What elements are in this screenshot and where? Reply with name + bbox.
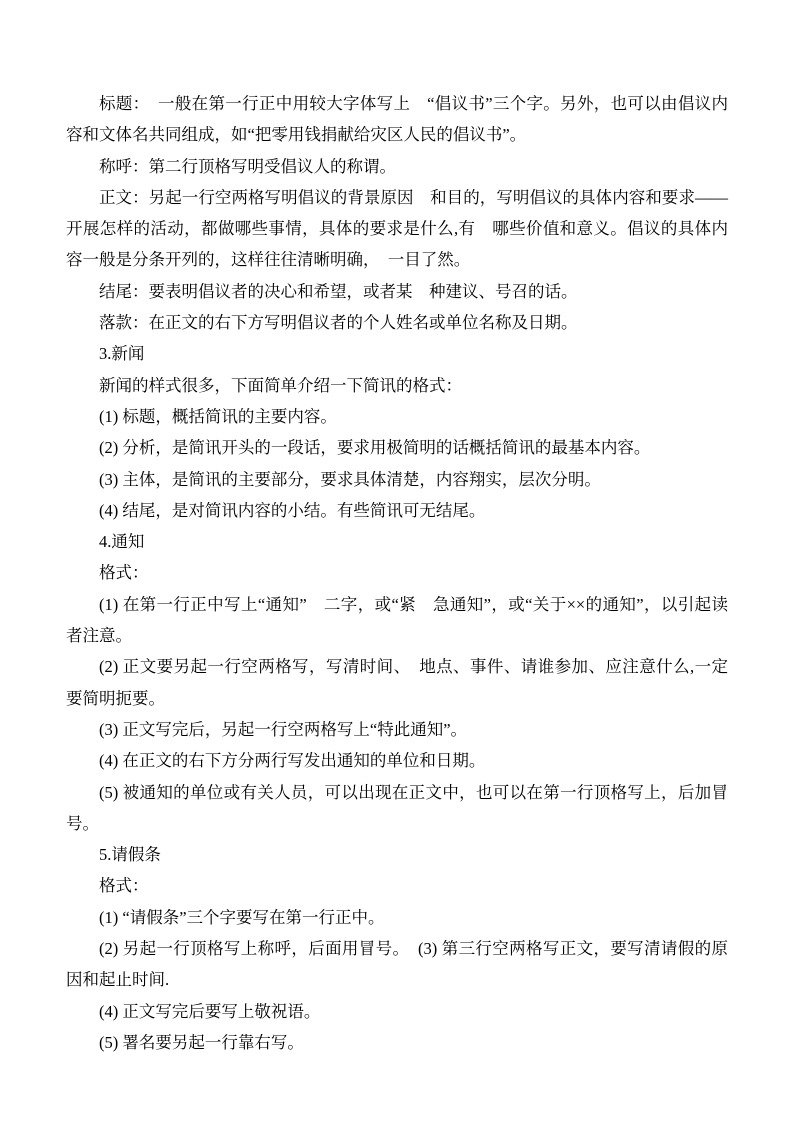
paragraph: (4) 结尾，是对简讯内容的小结。有些简讯可无结尾。 xyxy=(66,495,728,526)
paragraph: (5) 署名要另起一行靠右写。 xyxy=(66,1027,728,1058)
paragraph: 格式： xyxy=(66,557,728,588)
document-body: 标题： 一般在第一行正中用较大字体写上 “倡议书”三个字。另外，也可以由倡议内容… xyxy=(66,88,728,1058)
document-page: 标题： 一般在第一行正中用较大字体写上 “倡议书”三个字。另外，也可以由倡议内容… xyxy=(0,0,794,1123)
paragraph: (2) 分析，是简讯开头的一段话，要求用极简明的话概括简讯的最基本内容。 xyxy=(66,432,728,463)
paragraph: (3) 主体，是简讯的主要部分，要求具体清楚，内容翔实，层次分明。 xyxy=(66,464,728,495)
paragraph: (1) 在第一行正中写上“通知” 二字，或“紧 急通知”，或“关于××的通知”，… xyxy=(66,589,728,652)
paragraph: 正文：另起一行空两格写明倡议的背景原因 和目的，写明倡议的具体内容和要求——开展… xyxy=(66,182,728,276)
paragraph: (1) 标题，概括简讯的主要内容。 xyxy=(66,401,728,432)
paragraph: 4.通知 xyxy=(66,526,728,557)
paragraph: 格式： xyxy=(66,870,728,901)
paragraph: 新闻的样式很多，下面简单介绍一下简讯的格式： xyxy=(66,370,728,401)
paragraph: (2) 正文要另起一行空两格写，写清时间、 地点、事件、请谁参加、应注意什么,一… xyxy=(66,651,728,714)
paragraph: 3.新闻 xyxy=(66,338,728,369)
paragraph: (3) 正文写完后，另起一行空两格写上“特此通知”。 xyxy=(66,714,728,745)
paragraph: (4) 正文写完后要写上敬祝语。 xyxy=(66,996,728,1027)
paragraph: 落款：在正文的右下方写明倡议者的个人姓名或单位名称及日期。 xyxy=(66,307,728,338)
paragraph: (5) 被通知的单位或有关人员，可以出现在正文中，也可以在第一行顶格写上，后加冒… xyxy=(66,777,728,840)
paragraph: (1) “请假条”三个字要写在第一行正中。 xyxy=(66,902,728,933)
paragraph: (2) 另起一行顶格写上称呼，后面用冒号。 (3) 第三行空两格写正文，要写清请… xyxy=(66,933,728,996)
paragraph: 5.请假条 xyxy=(66,839,728,870)
paragraph: (4) 在正文的右下方分两行写发出通知的单位和日期。 xyxy=(66,745,728,776)
paragraph: 称呼：第二行顶格写明受倡议人的称谓。 xyxy=(66,151,728,182)
paragraph: 结尾：要表明倡议者的决心和希望，或者某 种建议、号召的话。 xyxy=(66,276,728,307)
paragraph: 标题： 一般在第一行正中用较大字体写上 “倡议书”三个字。另外，也可以由倡议内容… xyxy=(66,88,728,151)
